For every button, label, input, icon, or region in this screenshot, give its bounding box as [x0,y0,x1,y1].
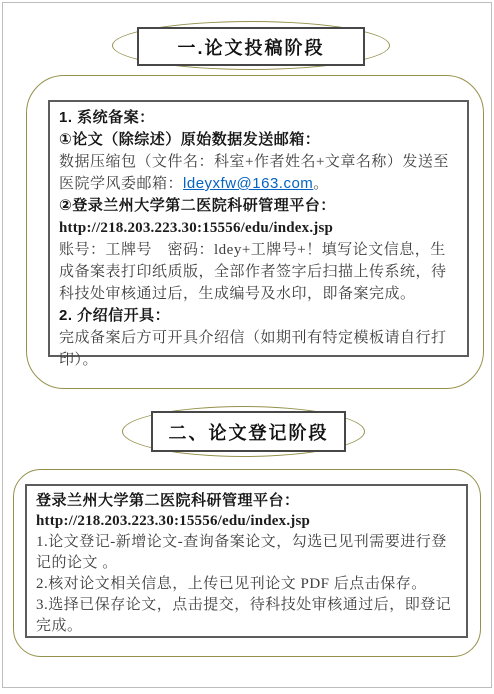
letter-paragraph: 完成备案后方可开具介绍信（如期刊有特定模板请自行打印）。 [59,327,460,371]
document-page: 一.论文投稿阶段 1. 系统备案： ①论文（除综述）原始数据发送邮箱： 数据压缩… [0,0,494,694]
step2-heading: ②登录兰州大学第二医院科研管理平台： [59,195,460,217]
record-heading: 1. 系统备案： [59,107,460,129]
stage1-title-box: 一.论文投稿阶段 [137,27,365,66]
stage2-title-box: 二、论文登记阶段 [151,411,346,452]
platform-url-2: http://218.203.223.30:15556/edu/index.js… [36,511,454,532]
registration-step-1: 1.论文登记-新增论文-查询备案论文，勾选已见刊需要进行登记的论文 。 [36,532,454,574]
registration-step-3: 3.选择已保存论文，点击提交，待科技处审核通过后，即登记完成。 [36,595,454,637]
step1-text-end: 。 [313,176,329,192]
stage2-title: 二、论文登记阶段 [169,419,329,445]
letter-heading: 2. 介绍信开具： [59,305,460,327]
email-link[interactable]: ldeyxfw@163.com [183,175,313,192]
registration-content-box: 登录兰州大学第二医院科研管理平台： http://218.203.223.30:… [25,484,468,638]
stage1-title: 一.论文投稿阶段 [177,34,324,60]
platform-heading: 登录兰州大学第二医院科研管理平台： [36,490,454,511]
registration-step-2: 2.核对论文相关信息，上传已见刊论文 PDF 后点击保存。 [36,574,454,595]
step1-paragraph: 数据压缩包（文件名：科室+作者姓名+文章名称）发送至医院学风委邮箱：ldeyxf… [59,151,460,195]
step2-paragraph: 账号：工牌号 密码：ldey+工牌号+！填写论文信息，生成备案表打印纸质版，全部… [59,239,460,305]
step1-heading: ①论文（除综述）原始数据发送邮箱： [59,129,460,151]
submission-content-box: 1. 系统备案： ①论文（除综述）原始数据发送邮箱： 数据压缩包（文件名：科室+… [48,100,469,357]
platform-url-1: http://218.203.223.30:15556/edu/index.js… [59,217,460,239]
